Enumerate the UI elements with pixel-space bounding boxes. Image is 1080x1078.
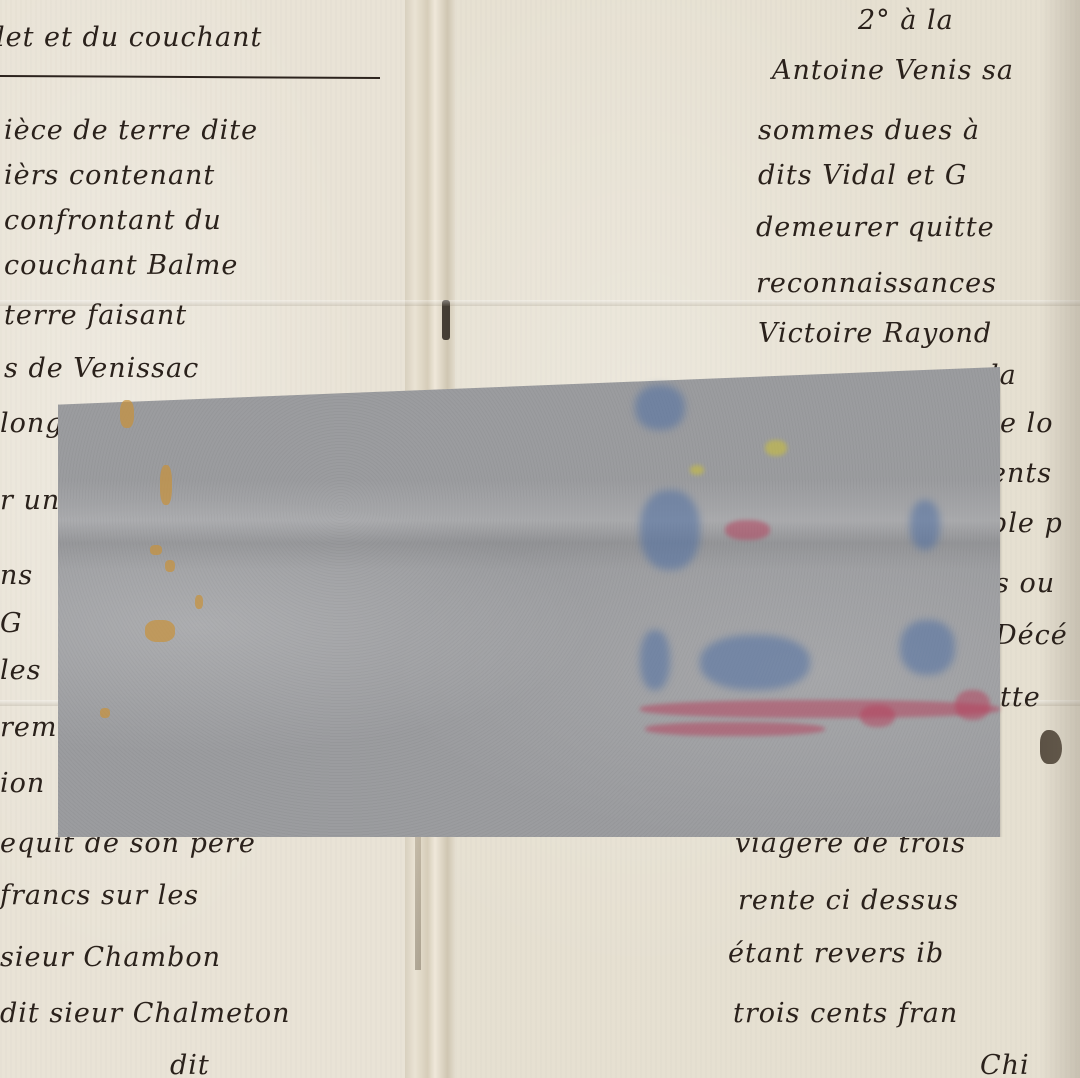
text-line: dits Vidal et G xyxy=(758,160,967,191)
slip-fold-highlight xyxy=(58,480,1000,570)
text-line: G xyxy=(0,608,23,639)
text-line: les xyxy=(0,655,41,686)
fold-stain xyxy=(415,830,421,970)
text-line: let et du couchant xyxy=(0,22,262,53)
text-line: ion xyxy=(0,768,45,799)
page-edge-shadow xyxy=(1040,0,1080,1078)
text-line: confrontant du xyxy=(4,205,222,236)
text-line: ble p xyxy=(990,508,1063,539)
text-line: dit xyxy=(170,1050,210,1078)
text-line: ièce de terre dite xyxy=(4,115,258,146)
text-line: couchant Balme xyxy=(4,250,238,281)
text-line: Décé xyxy=(995,620,1068,651)
text-line: ns xyxy=(0,560,33,591)
text-line: tte xyxy=(1000,682,1041,713)
text-line: sieur Chambon xyxy=(0,942,221,973)
fold-tear xyxy=(442,300,450,340)
text-line: s ou xyxy=(995,568,1055,599)
text-line: trois cents fran xyxy=(733,998,958,1029)
text-line: Chi xyxy=(980,1050,1030,1078)
text-line: dit sieur Chalmeton xyxy=(0,998,291,1029)
text-line: Antoine Venis sa xyxy=(772,55,1014,86)
text-line: ièrs contenant xyxy=(4,160,215,191)
text-line: Victoire Rayond xyxy=(758,318,992,349)
text-line: rente ci dessus xyxy=(738,885,959,916)
text-line: 2° à la xyxy=(858,5,954,36)
text-line: étant revers ib xyxy=(728,938,944,969)
text-line: e lo xyxy=(1000,408,1053,439)
text-line: terre faisant xyxy=(4,300,187,331)
text-line: s de Venissac xyxy=(4,353,199,384)
text-line: r un xyxy=(0,485,60,516)
text-line: demeurer quitte xyxy=(756,212,995,243)
text-line: rem xyxy=(0,712,58,743)
text-line: francs sur les xyxy=(0,880,199,911)
text-line: long xyxy=(0,408,64,439)
text-line: sommes dues à xyxy=(758,115,980,146)
text-line: reconnaissances xyxy=(756,268,997,299)
